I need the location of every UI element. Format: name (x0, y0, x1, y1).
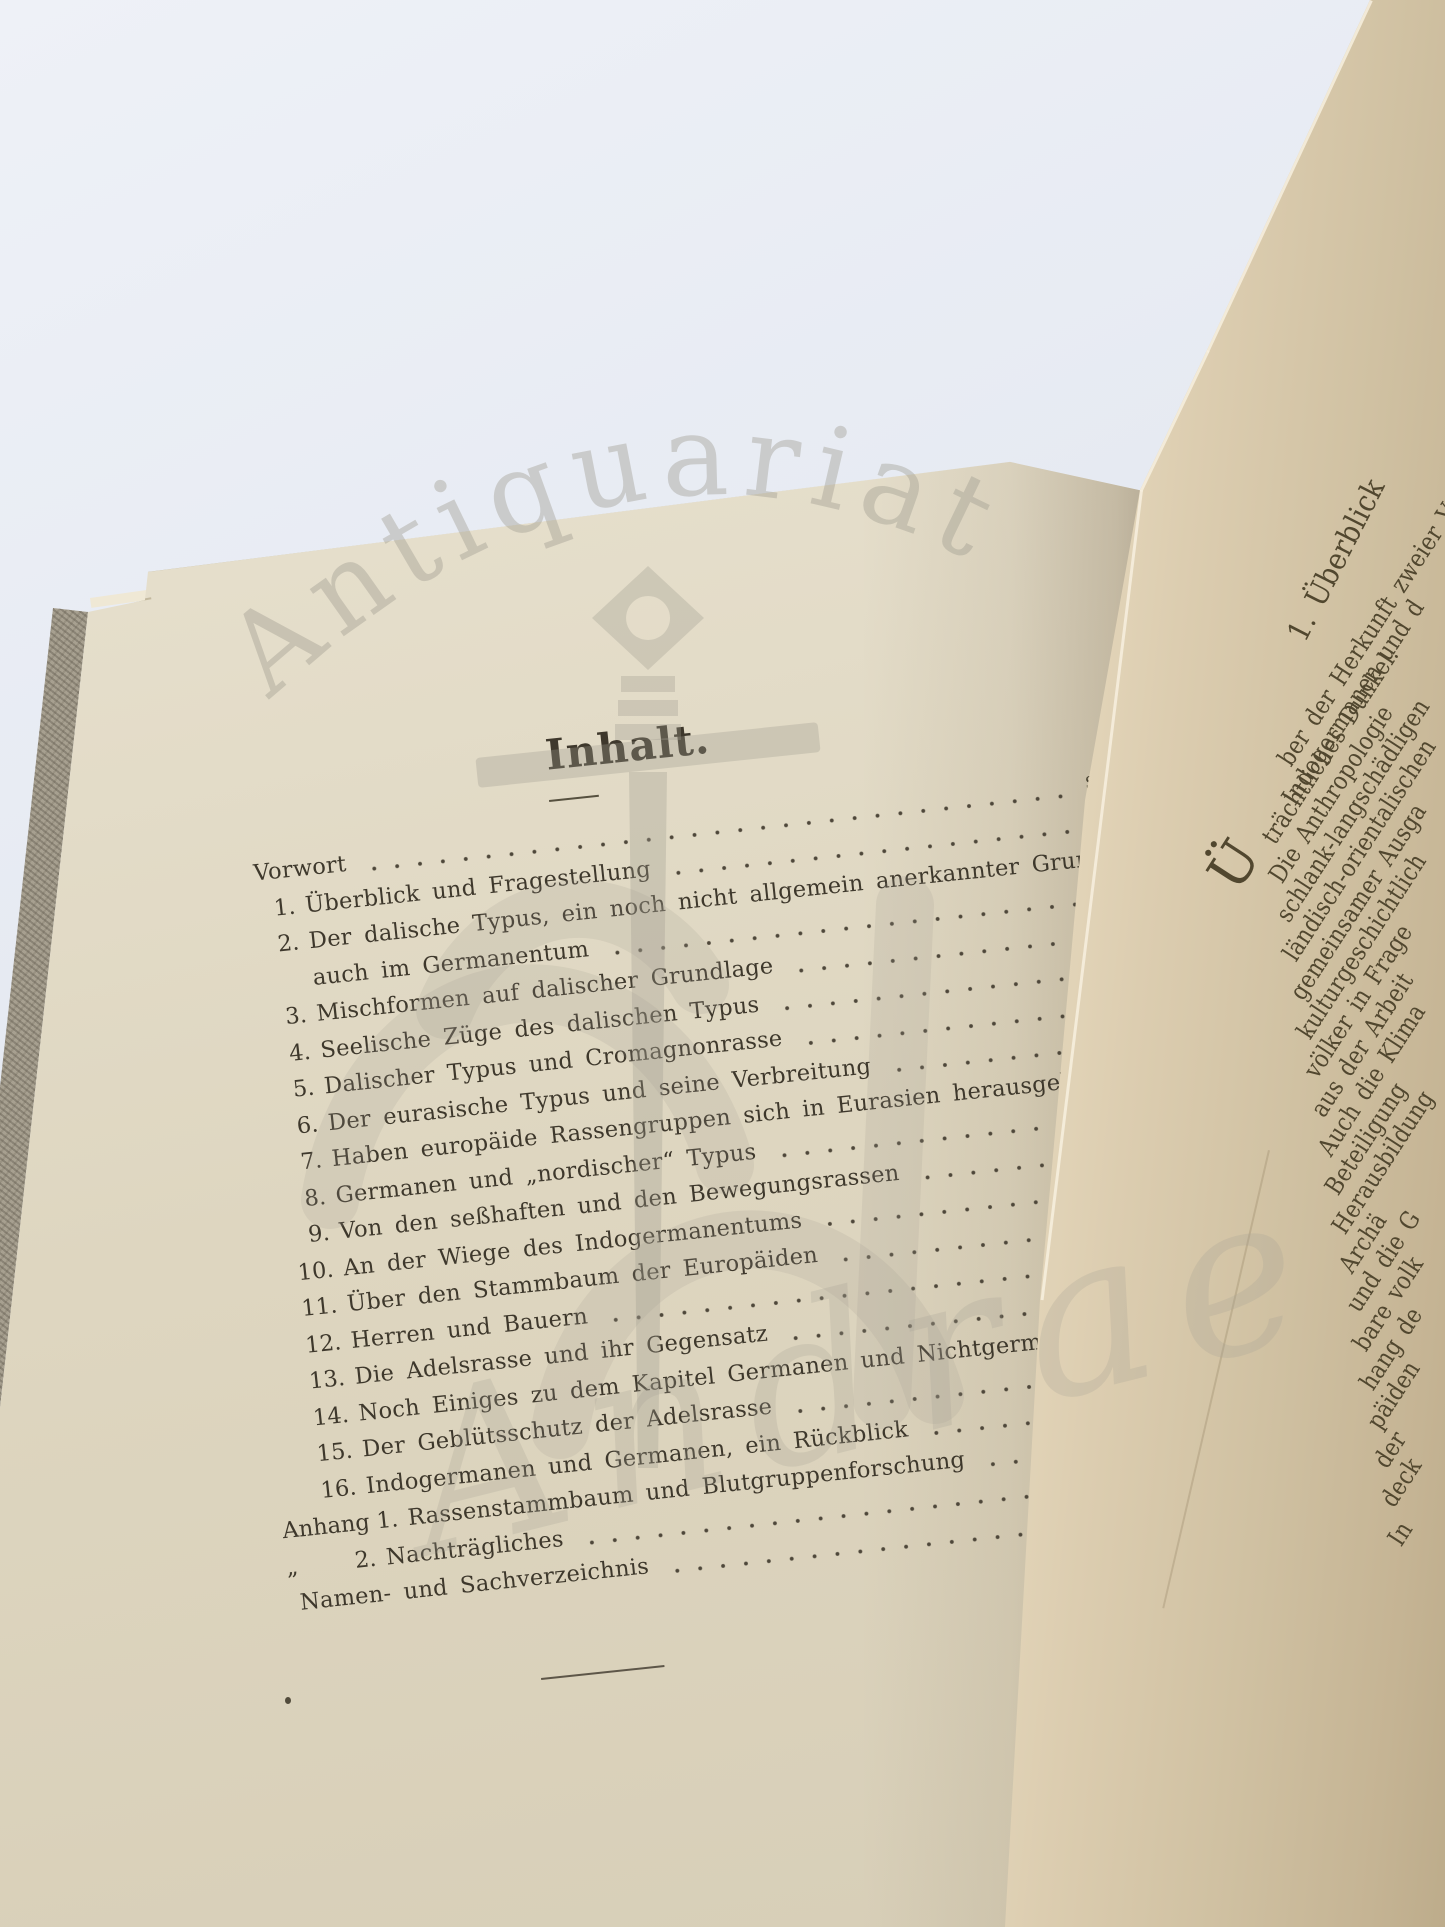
entry-prefix (215, 882, 245, 885)
ink-speck (285, 1697, 291, 1704)
page-title: Inhalt. (543, 714, 712, 780)
entry-prefix (226, 986, 304, 994)
title-divider (549, 795, 599, 802)
book-photo: Inhalt. Seite Vorwort VI 1. Überblick un… (0, 0, 1445, 1927)
section-divider (541, 1665, 665, 1680)
